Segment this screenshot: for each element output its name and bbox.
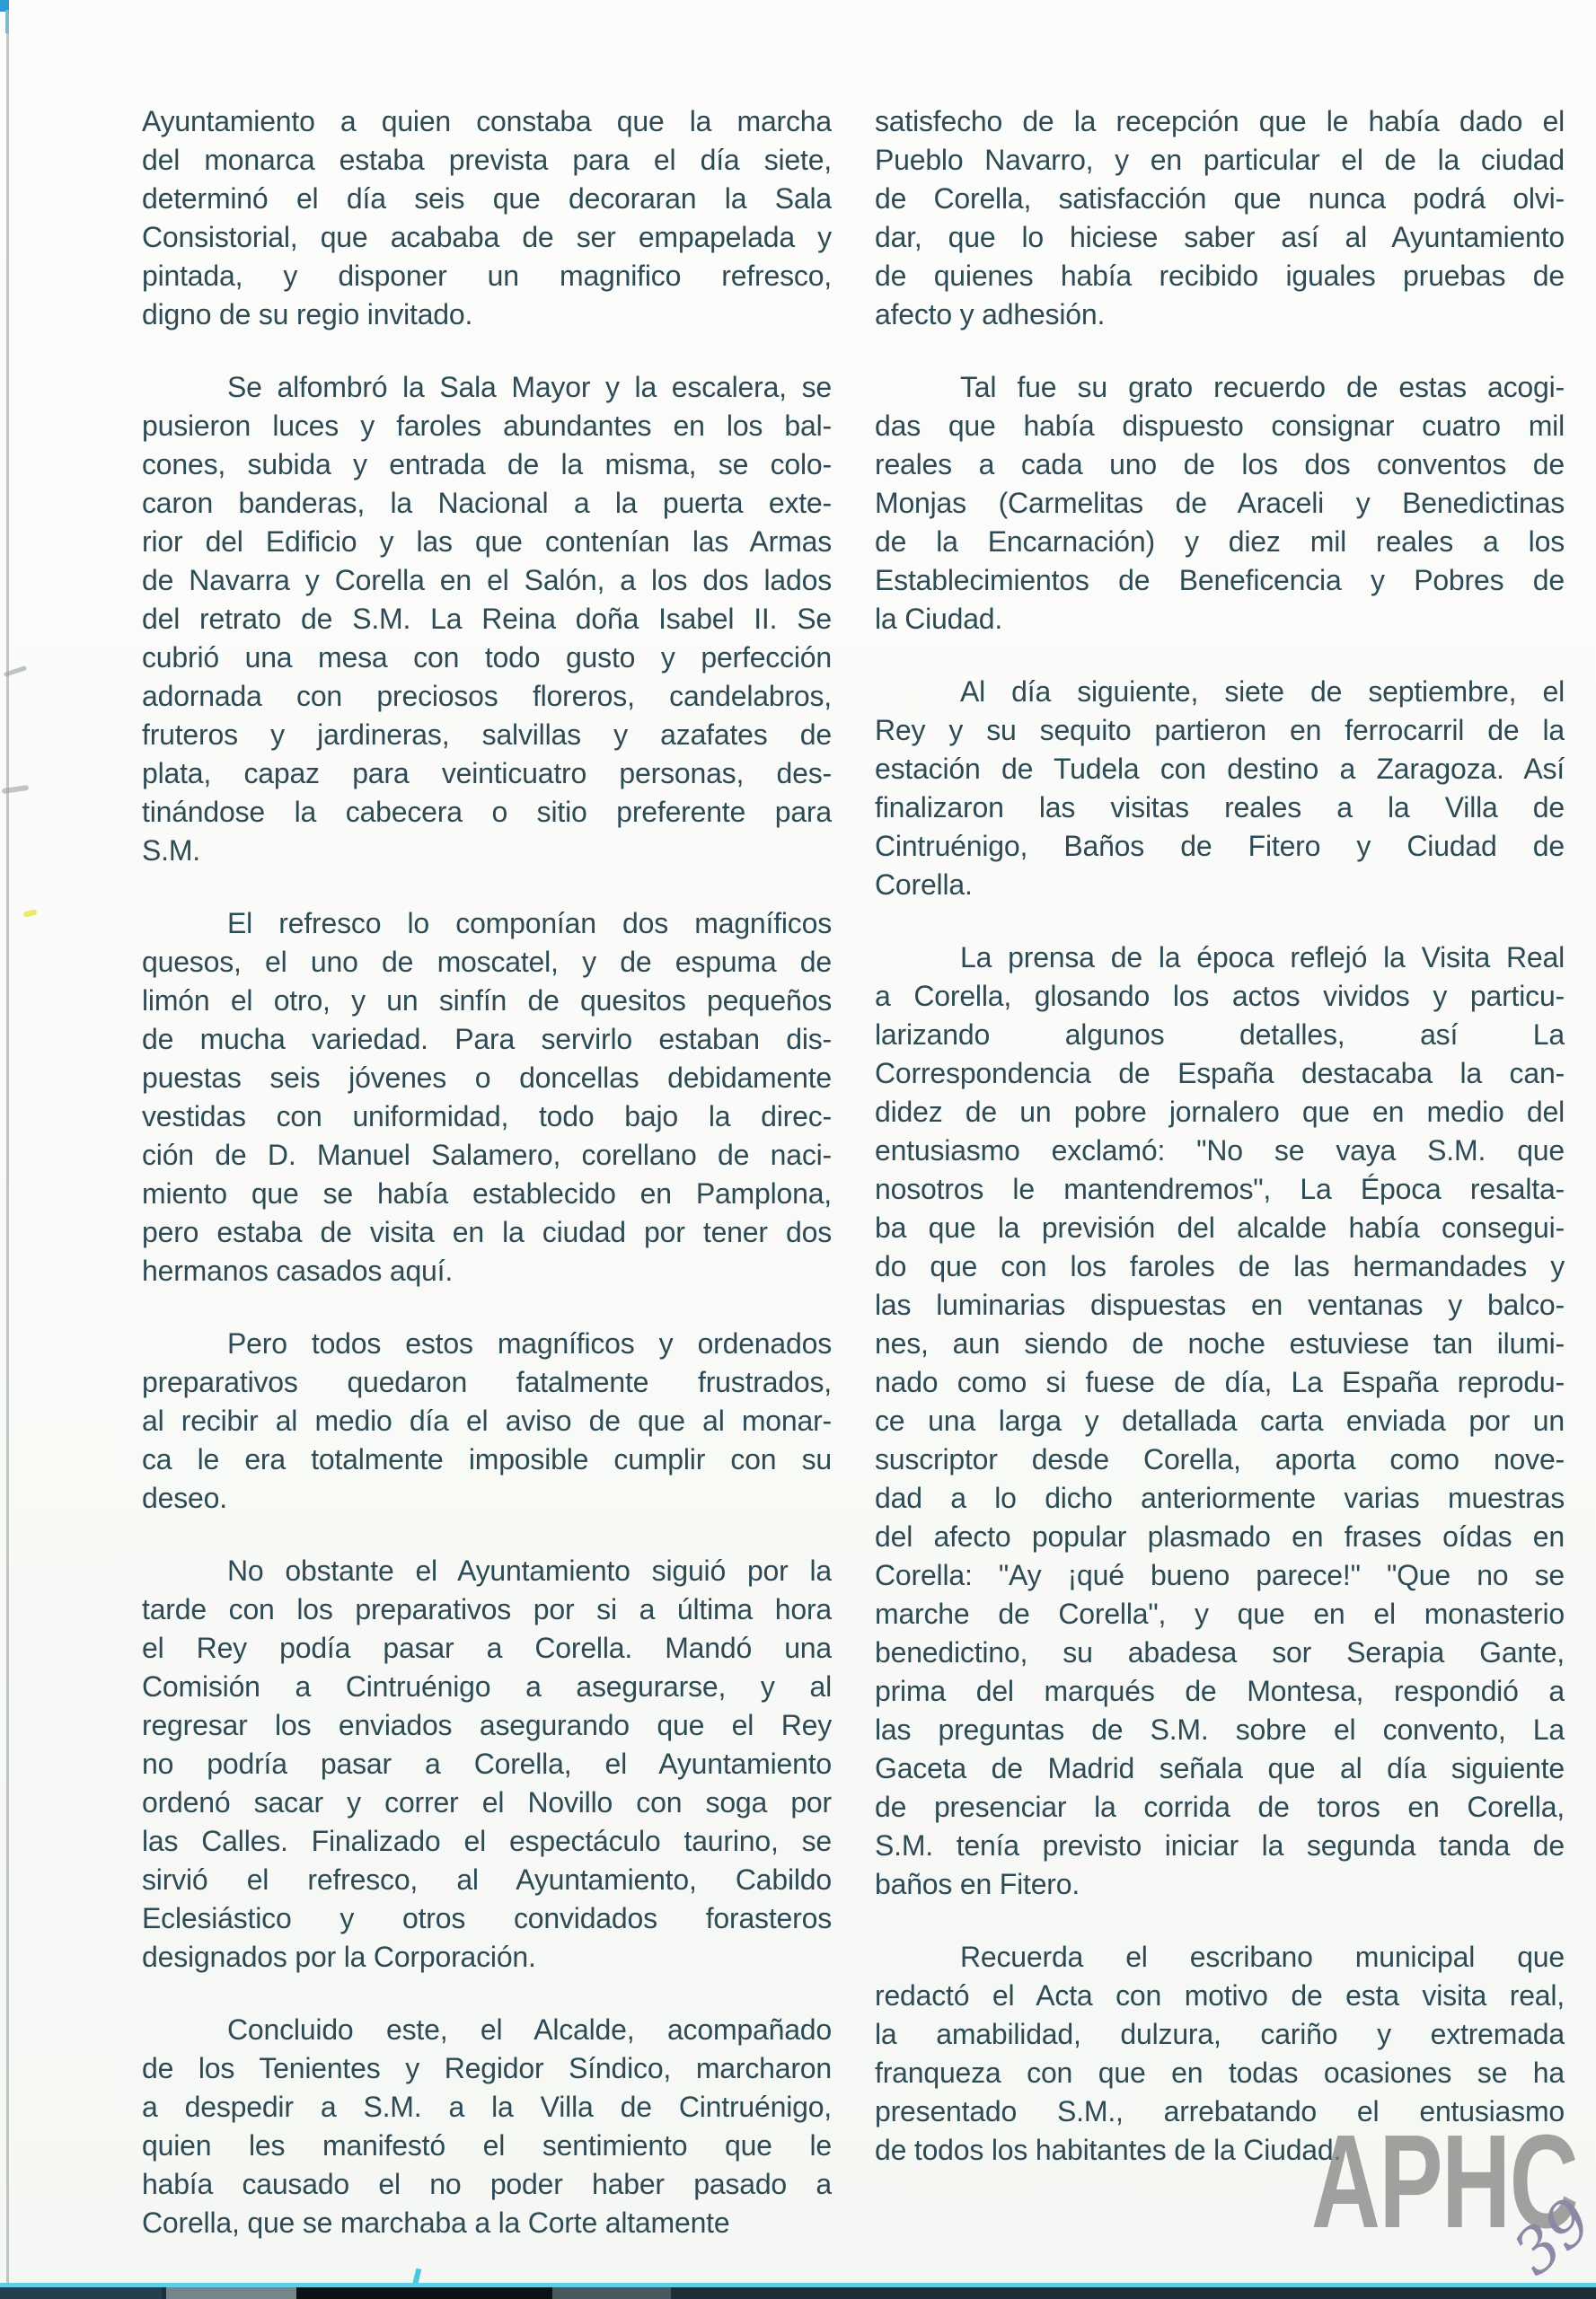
text-line: reales a cada uno de los dos conventos d… — [875, 445, 1565, 484]
text-line: las preguntas de S.M. sobre el convento,… — [875, 1711, 1565, 1749]
text-line: preparativos quedaron fatalmente frustra… — [142, 1363, 832, 1402]
text-line: Monjas (Carmelitas de Araceli y Benedict… — [875, 484, 1565, 523]
text-column-left: Ayuntamiento a quien constaba que la mar… — [142, 102, 832, 2277]
paragraph: Tal fue su grato recuerdo de estas acogi… — [875, 368, 1565, 639]
text-line: cubrió una mesa con todo gusto y perfecc… — [142, 639, 832, 677]
text-line: caron banderas, la Nacional a la puerta … — [142, 484, 832, 523]
paragraph: Concluido este, el Alcalde, acompañadode… — [142, 2011, 832, 2242]
text-line: No obstante el Ayuntamiento siguió por l… — [142, 1552, 832, 1590]
text-line: de Corella, satisfacción que nunca podrá… — [875, 180, 1565, 218]
text-line: pintada, y disponer un magnifico refresc… — [142, 257, 832, 295]
text-line: Cintruénigo, Baños de Fitero y Ciudad de — [875, 827, 1565, 866]
text-line: benedictino, su abadesa sor Serapia Gant… — [875, 1634, 1565, 1672]
text-line: finalizaron las visitas reales a la Vill… — [875, 788, 1565, 827]
text-line: tinándose la cabecera o sitio preferente… — [142, 793, 832, 832]
text-line: Correspondencia de España destacaba la c… — [875, 1054, 1565, 1093]
band-segment — [0, 2287, 162, 2299]
text-line: nosotros le mantendremos", La Época resa… — [875, 1170, 1565, 1209]
text-line: Corella. — [875, 866, 1565, 904]
text-line: quien les manifestó el sentimiento que l… — [142, 2127, 832, 2165]
text-line: miento que se había establecido en Pampl… — [142, 1175, 832, 1213]
text-line: larizando algunos detalles, así La — [875, 1016, 1565, 1054]
text-line: Se alfombró la Sala Mayor y la escalera,… — [142, 368, 832, 407]
text-line: Comisión a Cintruénigo a asegurarse, y a… — [142, 1668, 832, 1706]
text-line: Consistorial, que acababa de ser empapel… — [142, 218, 832, 257]
text-line: determinó el día seis que decoraran la S… — [142, 180, 832, 218]
text-line: ca le era totalmente imposible cumplir c… — [142, 1440, 832, 1479]
scan-edge-line — [6, 0, 9, 2299]
text-line: de la Encarnación) y diez mil reales a l… — [875, 523, 1565, 561]
text-line: quesos, el uno de moscatel, y de espuma … — [142, 943, 832, 982]
text-line: prima del marqués de Montesa, respondió … — [875, 1672, 1565, 1711]
text-line: tarde con los preparativos por si a últi… — [142, 1590, 832, 1629]
paragraph: El refresco lo componían dos magníficosq… — [142, 904, 832, 1290]
text-line: Rey y su sequito partieron en ferrocarri… — [875, 711, 1565, 750]
text-line: Gaceta de Madrid señala que al día sigui… — [875, 1749, 1565, 1788]
text-line: a despedir a S.M. a la Villa de Cintruén… — [142, 2088, 832, 2127]
text-line: las luminarias dispuestas en ventanas y … — [875, 1286, 1565, 1325]
text-line: la Ciudad. — [875, 600, 1565, 639]
text-line: suscriptor desde Corella, aporta como no… — [875, 1440, 1565, 1479]
text-line: das que había dispuesto consignar cuatro… — [875, 407, 1565, 445]
text-line: pero estaba de visita en la ciudad por t… — [142, 1213, 832, 1252]
text-line: S.M. — [142, 832, 832, 870]
text-line: didez de un pobre jornalero que en medio… — [875, 1093, 1565, 1132]
text-line: digno de su regio invitado. — [142, 295, 832, 334]
text-line: deseo. — [142, 1479, 832, 1518]
text-line: designados por la Corporación. — [142, 1938, 832, 1977]
text-line: dar, que lo hiciese saber así al Ayuntam… — [875, 218, 1565, 257]
text-line: pusieron luces y faroles abundantes en l… — [142, 407, 832, 445]
scan-edge-teal — [5, 10, 9, 33]
text-line: de quienes había recibido iguales prueba… — [875, 257, 1565, 295]
paragraph: Al día siguiente, siete de septiembre, e… — [875, 673, 1565, 904]
text-line: afecto y adhesión. — [875, 295, 1565, 334]
text-line: limón el otro, y un sinfín de quesitos p… — [142, 982, 832, 1020]
text-line: dad a lo dicho anteriormente varias mues… — [875, 1479, 1565, 1518]
text-line: ce una larga y detallada carta enviada p… — [875, 1402, 1565, 1440]
text-line: de mucha variedad. Para servirlo estaban… — [142, 1020, 832, 1059]
text-line: S.M. tenía previsto iniciar la segunda t… — [875, 1827, 1565, 1865]
text-line: nes, aun siendo de noche estuviese tan i… — [875, 1325, 1565, 1363]
paragraph: Ayuntamiento a quien constaba que la mar… — [142, 102, 832, 334]
text-line: había causado el no poder haber pasado a — [142, 2165, 832, 2204]
paragraph: No obstante el Ayuntamiento siguió por l… — [142, 1552, 832, 1977]
paragraph: Se alfombró la Sala Mayor y la escalera,… — [142, 368, 832, 870]
text-line: Corella, que se marchaba a la Corte alta… — [142, 2204, 832, 2242]
text-line: la amabilidad, dulzura, cariño y extrema… — [875, 2015, 1565, 2054]
text-line: cones, subida y entrada de la misma, se … — [142, 445, 832, 484]
text-line: puestas seis jóvenes o doncellas debidam… — [142, 1059, 832, 1097]
text-line: adornada con preciosos floreros, candela… — [142, 677, 832, 716]
text-line: La prensa de la época reflejó la Visita … — [875, 938, 1565, 977]
margin-highlight-speck — [22, 909, 37, 917]
text-line: Recuerda el escribano municipal que — [875, 1938, 1565, 1977]
text-line: satisfecho de la recepción que le había … — [875, 102, 1565, 141]
text-line: Concluido este, el Alcalde, acompañado — [142, 2011, 832, 2049]
text-line: estación de Tudela con destino a Zaragoz… — [875, 750, 1565, 788]
text-line: regresar los enviados asegurando que el … — [142, 1706, 832, 1745]
text-line: plata, capaz para veinticuatro personas,… — [142, 754, 832, 793]
text-line: a Corella, glosando los actos vividos y … — [875, 977, 1565, 1016]
band-segment — [166, 2287, 296, 2299]
text-line: redactó el Acta con motivo de esta visit… — [875, 1977, 1565, 2015]
text-line: de presenciar la corrida de toros en Cor… — [875, 1788, 1565, 1827]
text-line: las Calles. Finalizado el espectáculo ta… — [142, 1822, 832, 1861]
text-line: El refresco lo componían dos magníficos — [142, 904, 832, 943]
paragraph: satisfecho de la recepción que le había … — [875, 102, 1565, 334]
band-segment — [296, 2287, 552, 2299]
text-line: vestidas con uniformidad, todo bajo la d… — [142, 1097, 832, 1136]
text-line: entusiasmo exclamó: "No se vaya S.M. que — [875, 1132, 1565, 1170]
band-segment — [552, 2287, 671, 2299]
text-line: del retrato de S.M. La Reina doña Isabel… — [142, 600, 832, 639]
text-line: fruteros y jardineras, salvillas y azafa… — [142, 716, 832, 754]
text-line: Tal fue su grato recuerdo de estas acogi… — [875, 368, 1565, 407]
text-line: ordenó sacar y correr el Novillo con sog… — [142, 1784, 832, 1822]
paragraph: Pero todos estos magníficos y ordenadosp… — [142, 1325, 832, 1518]
text-line: del monarca estaba prevista para el día … — [142, 141, 832, 180]
text-line: marche de Corella", y que en el monaster… — [875, 1595, 1565, 1634]
text-line: hermanos casados aquí. — [142, 1252, 832, 1290]
text-line: do que con los faroles de las hermandade… — [875, 1247, 1565, 1286]
text-line: Pero todos estos magníficos y ordenados — [142, 1325, 832, 1363]
text-line: rior del Edificio y las que contenían la… — [142, 523, 832, 561]
text-line: al recibir al medio día el aviso de que … — [142, 1402, 832, 1440]
text-line: ba que la previsión del alcalde había co… — [875, 1209, 1565, 1247]
paragraph: La prensa de la época reflejó la Visita … — [875, 938, 1565, 1904]
text-line: el Rey podía pasar a Corella. Mandó una — [142, 1629, 832, 1668]
text-line: Al día siguiente, siete de septiembre, e… — [875, 673, 1565, 711]
scanned-book-page: Ayuntamiento a quien constaba que la mar… — [0, 0, 1596, 2299]
text-line: ción de D. Manuel Salamero, corellano de… — [142, 1136, 832, 1175]
text-line: Eclesiástico y otros convidados foraster… — [142, 1899, 832, 1938]
bottom-scan-band — [0, 2287, 1596, 2299]
text-line: del afecto popular plasmado en frases oí… — [875, 1518, 1565, 1556]
text-line: franqueza con que en todas ocasiones se … — [875, 2054, 1565, 2092]
text-column-right: satisfecho de la recepción que le había … — [875, 102, 1565, 2204]
text-line: no podría pasar a Corella, el Ayuntamien… — [142, 1745, 832, 1784]
text-line: Pueblo Navarro, y en particular el de la… — [875, 141, 1565, 180]
text-line: Ayuntamiento a quien constaba que la mar… — [142, 102, 832, 141]
text-line: Establecimientos de Beneficencia y Pobre… — [875, 561, 1565, 600]
text-line: nado como si fuese de día, La España rep… — [875, 1363, 1565, 1402]
text-line: sirvió el refresco, al Ayuntamiento, Cab… — [142, 1861, 832, 1899]
text-line: de Navarra y Corella en el Salón, a los … — [142, 561, 832, 600]
text-line: baños en Fitero. — [875, 1865, 1565, 1904]
text-line: de los Tenientes y Regidor Síndico, marc… — [142, 2049, 832, 2088]
text-line: Corella: "Ay ¡qué bueno parece!" "Que no… — [875, 1556, 1565, 1595]
